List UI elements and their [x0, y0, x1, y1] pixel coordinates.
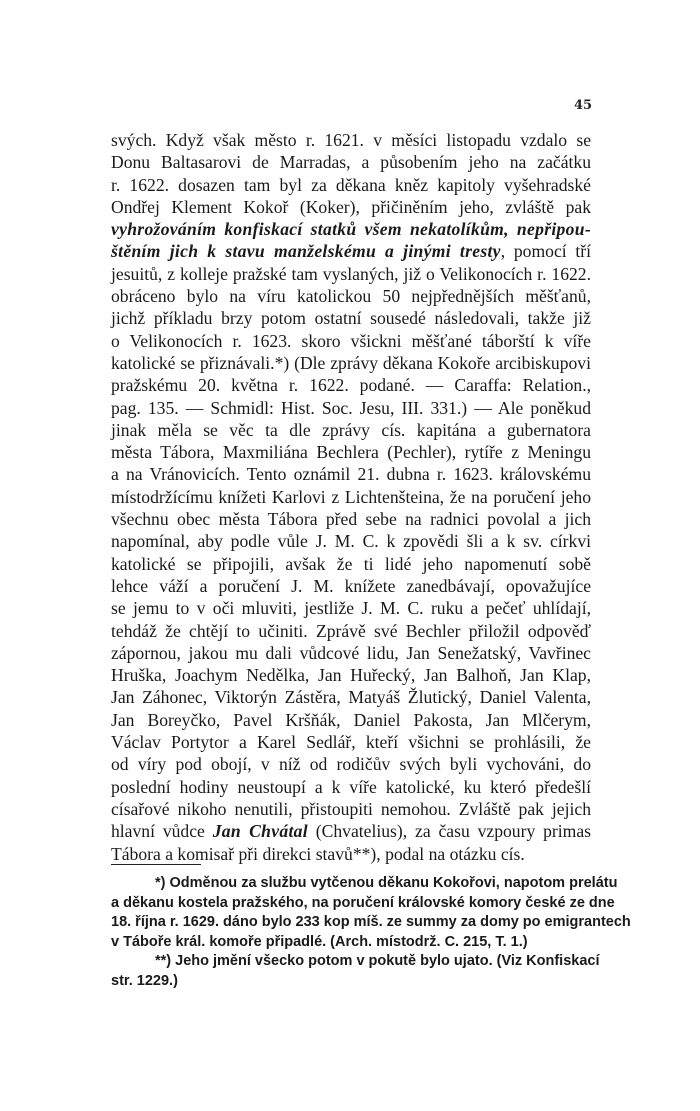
text-run: (Chvatelius), za času vzpoury primas: [308, 821, 591, 841]
footnote-line: *) Odměnou za službu vytčenou děkanu Kok…: [111, 874, 591, 894]
page-number: 45: [574, 98, 592, 113]
text-line-emphasis: vyhrožováním konfiskací statků všem neka…: [111, 218, 591, 240]
footnote-line: v Táboře král. komoře připadlé. (Arch. m…: [111, 933, 591, 953]
body-text: svých. Když však město r. 1621. v měsíci…: [111, 129, 591, 865]
text-line: místodržícímu knížeti Karlovi z Lichtenš…: [111, 486, 591, 508]
text-line: o Velikonocích r. 1623. skoro všickni mě…: [111, 330, 591, 352]
footnote-line: **) Jeho jmění všecko potom v pokutě byl…: [111, 952, 591, 972]
text-line: císařové nikoho nenutili, přistoupiti ne…: [111, 798, 591, 820]
text-line: od víry pod obojí, v níž od rodičův svýc…: [111, 753, 591, 775]
footnote-line: a děkanu kostela pražského, na poručení …: [111, 894, 591, 914]
footnote-line: str. 1229.): [111, 972, 591, 992]
footnote-2: **) Jeho jmění všecko potom v pokutě byl…: [111, 952, 591, 991]
text-line: r. 1622. dosazen tam byl za děkana kněz …: [111, 174, 591, 196]
text-line: a na Vránovicích. Tento oznámil 21. dubn…: [111, 463, 591, 485]
emphasis-text: štěním jich k stavu manželskému a jinými…: [111, 241, 501, 261]
text-line: jesuitů, z kolleje pražské tam vyslaných…: [111, 263, 591, 285]
text-line: poslední hodiny neustoupí a k víře katol…: [111, 776, 591, 798]
text-line: všechnu obec města Tábora před sebe na r…: [111, 508, 591, 530]
text-line-mixed: hlavní vůdce Jan Chvátal (Chvatelius), z…: [111, 820, 591, 842]
text-line: Jan Záhonec, Viktorýn Zástěra, Matyáš Žl…: [111, 686, 591, 708]
footnotes: *) Odměnou za službu vytčenou děkanu Kok…: [111, 874, 591, 992]
text-line: zápornou, jakou mu dali vůdcové lidu, Ja…: [111, 642, 591, 664]
footnote-line: 18. října r. 1629. dáno bylo 233 kop míš…: [111, 913, 591, 933]
text-line: tehdáž že chtějí to učiniti. Zprávě své …: [111, 620, 591, 642]
text-line: Jan Boreyčko, Pavel Kršňák, Daniel Pakos…: [111, 709, 591, 731]
text-run: , pomocí tří: [501, 241, 591, 261]
text-line: svých. Když však město r. 1621. v měsíci…: [111, 129, 591, 151]
text-line: jinak měla se věc ta dle zprávy cís. kap…: [111, 419, 591, 441]
footnote-1: *) Odměnou za službu vytčenou děkanu Kok…: [111, 874, 591, 952]
text-line: města Tábora, Maxmiliána Bechlera (Pechl…: [111, 441, 591, 463]
text-line: napomínal, aby podle vůle J. M. C. k zpo…: [111, 530, 591, 552]
text-line: pag. 135. — Schmidl: Hist. Soc. Jesu, II…: [111, 397, 591, 419]
text-line: obráceno bylo na víru katolickou 50 nejp…: [111, 285, 591, 307]
text-line: pražskému 20. května r. 1622. podané. — …: [111, 374, 591, 396]
text-line: Ondřej Klement Kokoř (Koker), přičiněním…: [111, 196, 591, 218]
text-line: Tábora a komisař při direkci stavů**), p…: [111, 843, 591, 865]
text-line: se jemu to v oči mluviti, jestliže J. M.…: [111, 597, 591, 619]
text-run: hlavní vůdce: [111, 821, 205, 841]
footnote-separator: [111, 864, 201, 865]
text-line: katolické se přiznávali.*) (Dle zprávy d…: [111, 352, 591, 374]
text-line: Hruška, Joachym Nedělka, Jan Huřecký, Ja…: [111, 664, 591, 686]
emphasis-name: Jan Chvátal: [213, 821, 308, 841]
text-line: Václav Portytor a Karel Sedlář, kteří vš…: [111, 731, 591, 753]
text-line: jichž příkladu brzy potom ostatní soused…: [111, 307, 591, 329]
book-page: 45 svých. Když však město r. 1621. v měs…: [0, 0, 700, 1111]
text-line: lehce váží a poručení J. M. knížete zane…: [111, 575, 591, 597]
text-line: katolické se připojili, avšak že ti lidé…: [111, 553, 591, 575]
text-line-mixed: štěním jich k stavu manželskému a jinými…: [111, 240, 591, 262]
text-line: Donu Baltasarovi de Marradas, a působení…: [111, 151, 591, 173]
